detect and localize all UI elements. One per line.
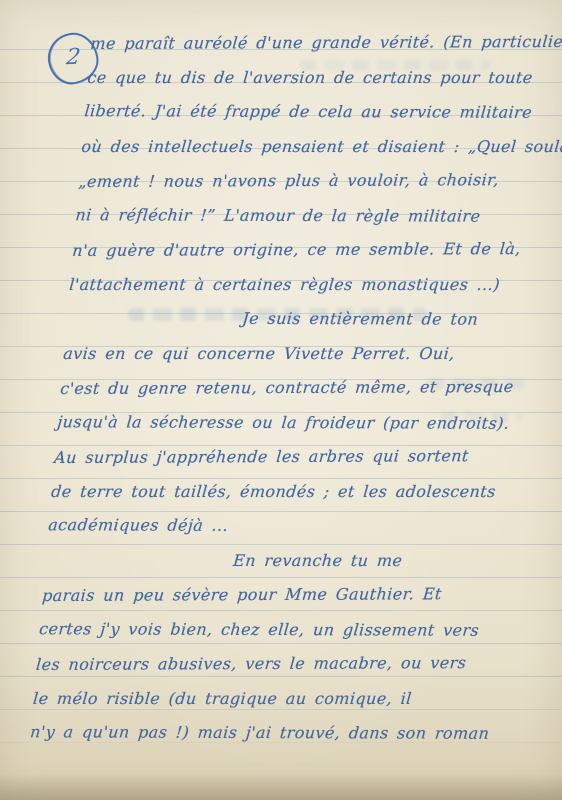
manuscript-line: certes j'y vois bien, chez elle, un glis…	[38, 612, 497, 648]
manuscript-line: avis en ce qui concerne Vivette Perret. …	[62, 337, 521, 372]
manuscript-line: le mélo risible (du tragique au comique,…	[32, 682, 491, 717]
manuscript-text: me paraît auréolé d'une grande vérité. (…	[29, 26, 548, 751]
manuscript-line: ce que tu dis de l'aversion de certains …	[86, 61, 545, 96]
manuscript-line: de terre tout taillés, émondés ; et les …	[50, 475, 509, 510]
manuscript-line: les noirceurs abusives, vers le macabre,…	[35, 646, 494, 682]
letter-scan-page: 2 me paraît auréolé d'une grande vérité.…	[0, 0, 562, 800]
page-number: 2	[65, 46, 82, 71]
manuscript-line: l'attachement à certaines règles monasti…	[68, 268, 527, 303]
manuscript-line: Je suis entièrement de ton	[65, 301, 524, 337]
manuscript-line: En revanche tu me	[44, 544, 503, 579]
manuscript-line: n'a guère d'autre origine, ce me semble.…	[71, 232, 530, 268]
manuscript-line: n'y a qu'un pas !) mais j'ai trouvé, dan…	[29, 715, 488, 751]
manuscript-line: liberté. J'ai été frappé de cela au serv…	[83, 94, 542, 130]
manuscript-line: où des intellectuels pensaient et disaie…	[80, 130, 539, 165]
manuscript-line: académiques déjà ...	[47, 508, 506, 544]
manuscript-line: jusqu'à la sécheresse ou la froideur (pa…	[56, 405, 515, 441]
manuscript-line: ni à réfléchir !” L'amour de la règle mi…	[74, 198, 533, 234]
page-edge-shadow	[0, 774, 562, 800]
manuscript-line: Au surplus j'appréhende les arbres qui s…	[53, 439, 512, 475]
manuscript-line: me paraît auréolé d'une grande vérité. (…	[89, 25, 548, 61]
manuscript-line: parais un peu sévère pour Mme Gauthier. …	[41, 577, 500, 613]
manuscript-line: c'est du genre retenu, contracté même, e…	[59, 370, 518, 406]
manuscript-line: „ement ! nous n'avons plus à vouloir, à …	[77, 163, 536, 199]
